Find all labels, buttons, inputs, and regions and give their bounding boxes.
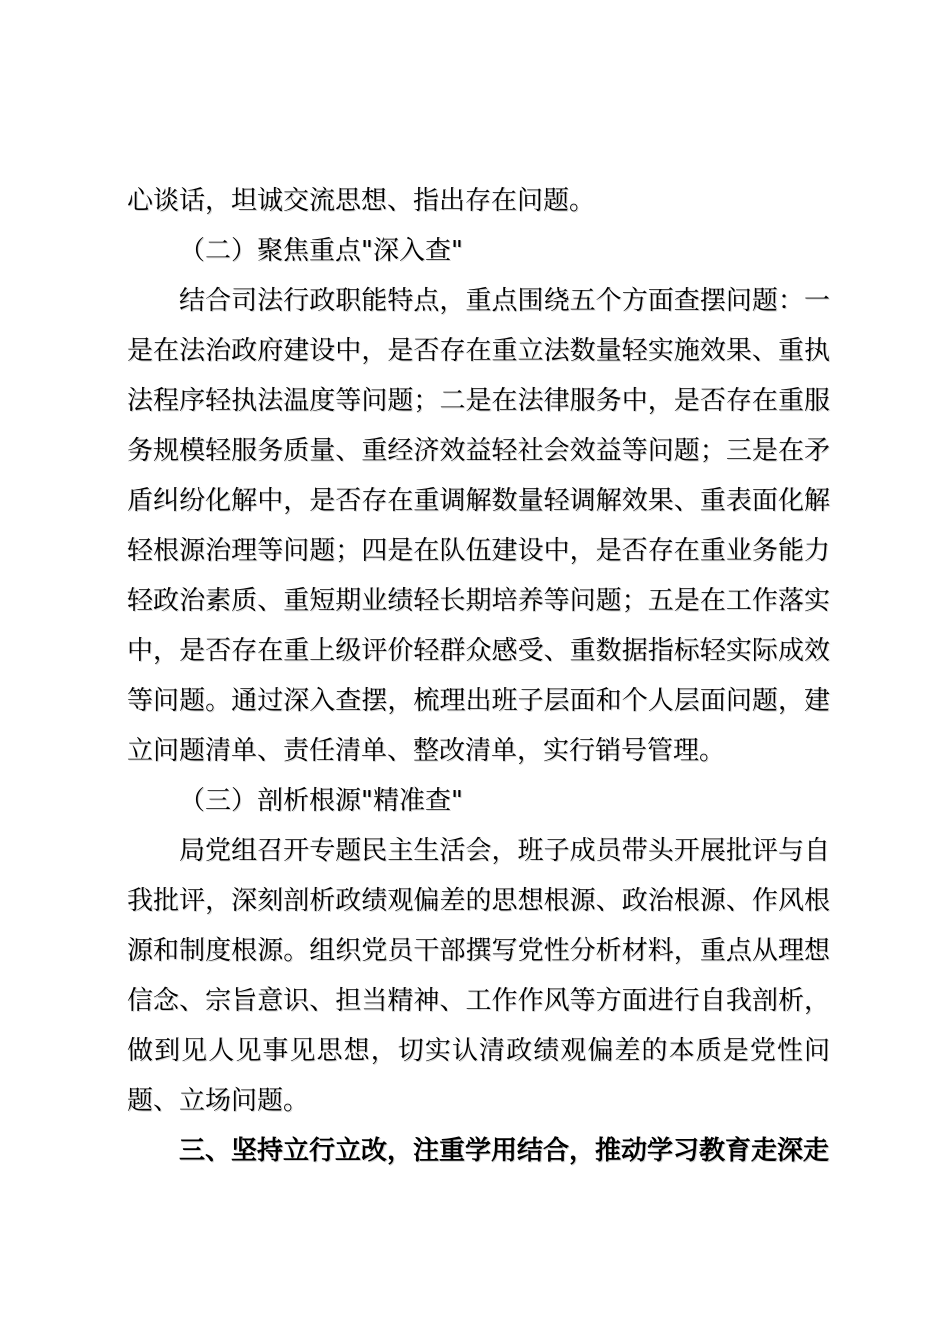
section-heading-three: （三）剖析根源"精准查" bbox=[127, 776, 830, 826]
chapter-heading-three: 三、坚持立行立改，注重学用结合，推动学习教育走深走 bbox=[127, 1126, 830, 1176]
paragraph-continuation: 心谈话，坦诚交流思想、指出存在问题。 bbox=[127, 176, 830, 226]
paragraph-focus-check: 结合司法行政职能特点，重点围绕五个方面查摆问题：一是在法治政府建设中，是否存在重… bbox=[127, 276, 830, 776]
section-heading-two: （二）聚焦重点"深入查" bbox=[127, 226, 830, 276]
document-body: 心谈话，坦诚交流思想、指出存在问题。 （二）聚焦重点"深入查" 结合司法行政职能… bbox=[127, 176, 830, 1176]
document-page: 心谈话，坦诚交流思想、指出存在问题。 （二）聚焦重点"深入查" 结合司法行政职能… bbox=[0, 0, 950, 1344]
paragraph-root-cause-analysis: 局党组召开专题民主生活会，班子成员带头开展批评与自我批评，深刻剖析政绩观偏差的思… bbox=[127, 826, 830, 1126]
